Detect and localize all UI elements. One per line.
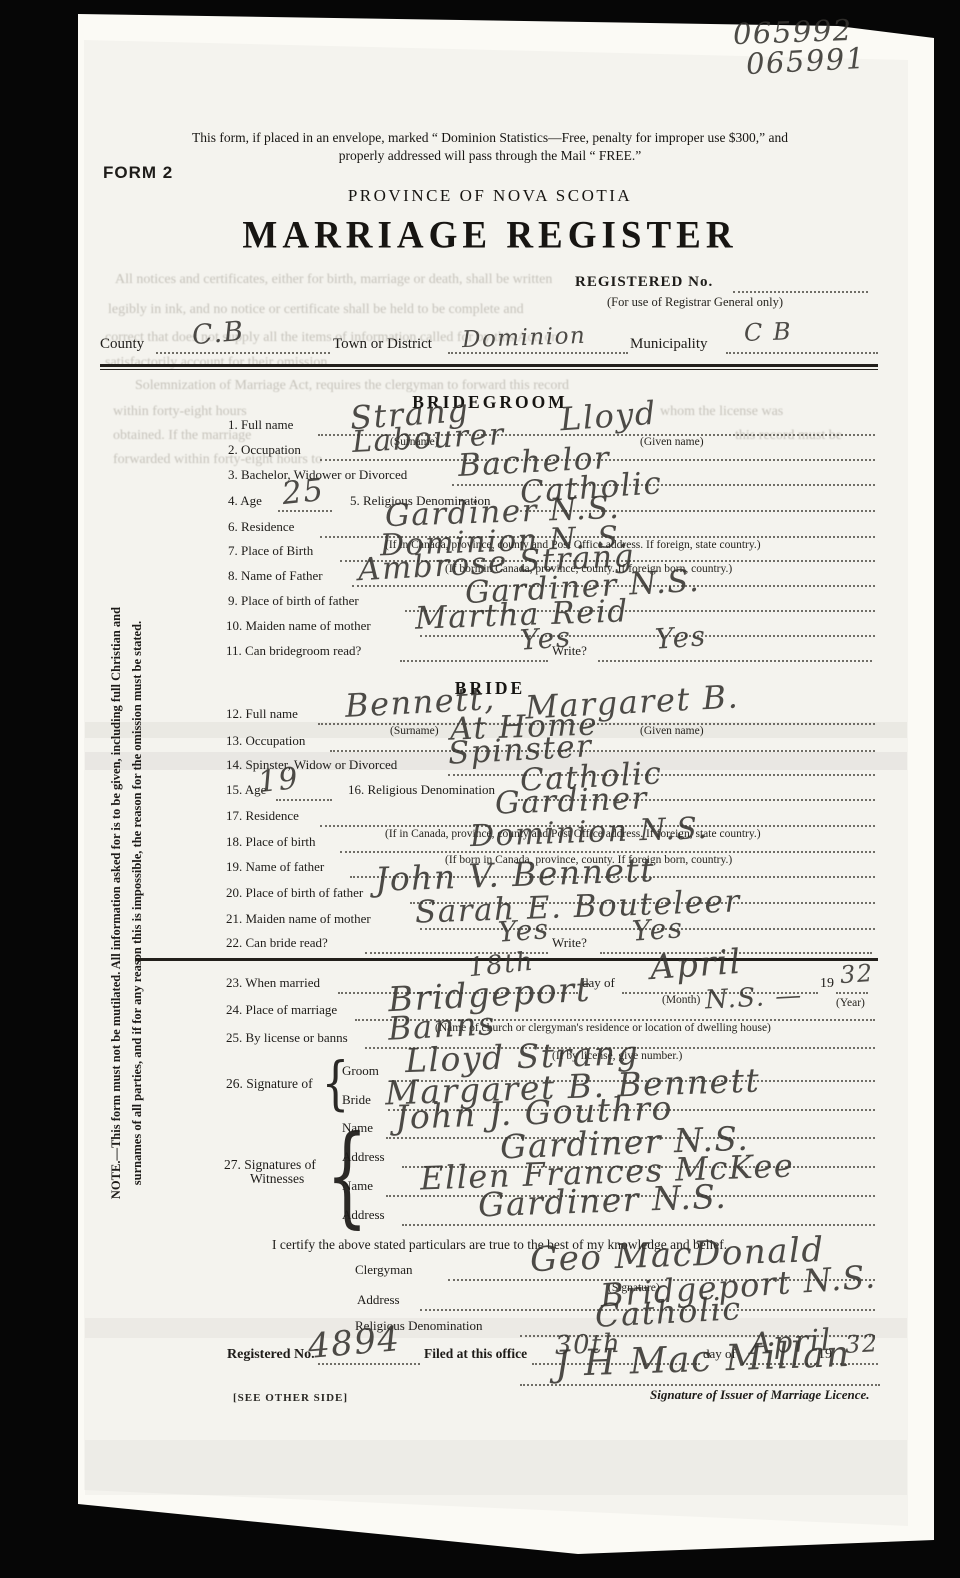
bride-status-label: 14. Spinster, Widow or Divorced (226, 758, 397, 772)
witness1-name-label: Name (342, 1121, 373, 1135)
groom-can-read-label: 11. Can bridegroom read? (226, 644, 361, 658)
file-number-2: 065991 (745, 44, 866, 79)
groom-sig-label: Groom (342, 1064, 379, 1078)
married-year-line (836, 992, 868, 994)
ghost-text: All notices and certificates, either for… (115, 272, 552, 288)
when-married-label: 23. When married (226, 976, 320, 990)
groom-age-label: 4. Age (228, 494, 262, 508)
witness2-name-label: Name (342, 1179, 373, 1193)
license-banns-label: 25. By license or banns (226, 1031, 348, 1045)
bride-occupation-line (330, 750, 875, 752)
groom-age-value: 25 (280, 475, 325, 510)
groom-mother-label: 10. Maiden name of mother (226, 619, 371, 633)
margin-note: NOTE.—This form must not be mutilated. A… (106, 574, 150, 1232)
groom-birthplace-label: 7. Place of Birth (228, 544, 313, 558)
year-prefix: 19 (820, 976, 834, 991)
municipality-label: Municipality (630, 336, 708, 353)
province-heading: PROVINCE OF NOVA SCOTIA (85, 186, 895, 206)
place-of-marriage-label: 24. Place of marriage (226, 1003, 337, 1017)
clergyman-label: Clergyman (355, 1263, 413, 1277)
filed-label: Filed at this office (424, 1347, 527, 1362)
town-district-label: Town or District (333, 336, 432, 353)
groom-father-label: 8. Name of Father (228, 569, 323, 583)
margin-note-line2: surnames of all parties, and if for any … (127, 574, 148, 1232)
bride-fullname-label: 12. Full name (226, 707, 298, 721)
county-line (156, 352, 330, 354)
groom-status-line (452, 484, 875, 486)
bride-birthplace-label: 18. Place of birth (226, 835, 316, 849)
bride-mother-label: 21. Maiden name of mother (226, 912, 371, 926)
scan-scene: 065992 065991 This form, if placed in an… (0, 0, 960, 1578)
groom-fullname-label: 1. Full name (228, 418, 293, 432)
registered-no-label: REGISTERED No. (575, 274, 713, 291)
mail-note-line2: properly addressed will pass through the… (85, 148, 895, 164)
groom-can-write-value: Yes (654, 622, 707, 654)
given-name-note: (Given name) (640, 437, 704, 449)
registrar-note: (For use of Registrar General only) (607, 296, 783, 309)
bride-sig-label: Bride (342, 1093, 371, 1107)
place-province-value: N.S. — (704, 982, 803, 1013)
witness2-address-label: Address (342, 1208, 385, 1222)
municipality-line (726, 352, 878, 354)
scanned-document: { "file_numbers": ["065992", "065991"], … (0, 0, 960, 1578)
bride-father-label: 19. Name of father (226, 860, 324, 874)
bride-can-read-label: 22. Can bride read? (226, 936, 328, 950)
header-divider (100, 369, 878, 370)
bride-father-birthplace-label: 20. Place of birth of father (226, 886, 363, 900)
see-other-side-note: [SEE OTHER SIDE] (233, 1392, 348, 1404)
bride-can-write-value: Yes (631, 914, 684, 946)
given-name-note: (Given name) (640, 726, 704, 738)
town-district-value: Dominion (462, 325, 587, 352)
mail-note-line1: This form, if placed in an envelope, mar… (85, 130, 895, 146)
married-month-value: April (649, 945, 743, 985)
issuer-caption: Signature of Issuer of Marriage Licence. (650, 1388, 870, 1402)
witness2-address-value: Gardiner N.S. (478, 1180, 728, 1222)
bride-age-value: 19 (257, 764, 301, 798)
county-label: County (100, 336, 144, 353)
groom-residence-label: 6. Residence (228, 520, 294, 534)
year-note: (Year) (836, 998, 865, 1010)
groom-given-value: Lloyd (559, 397, 658, 436)
form-number: FORM 2 (103, 164, 173, 183)
married-year-value: 32 (839, 961, 874, 987)
bride-birthplace-value: Dominion N.S. (470, 814, 709, 852)
surname-note: (Surname) (390, 726, 439, 738)
issuer-signature-value: J H Mac Millan (554, 1337, 851, 1383)
witness2-address-line (402, 1224, 875, 1226)
groom-can-read-line (400, 660, 548, 662)
month-note: (Month) (662, 995, 700, 1007)
margin-note-line1: NOTE.—This form must not be mutilated. A… (106, 574, 127, 1232)
bride-age-line (276, 799, 332, 801)
registered-no-bottom-label: Registered No. (227, 1347, 315, 1362)
witness1-address-label: Address (342, 1150, 385, 1164)
bridegroom-heading: BRIDEGROOM (85, 392, 895, 413)
denomination-value: Catholic (594, 1292, 742, 1332)
groom-can-read-value: Yes (519, 623, 572, 655)
groom-can-write-line (598, 660, 872, 662)
signature-of-label: 26. Signature of (226, 1077, 313, 1092)
ghost-text: this record must be (735, 428, 842, 444)
county-value: C.B (191, 318, 246, 349)
page-title: MARRIAGE REGISTER (85, 213, 895, 258)
header-divider (100, 364, 878, 367)
municipality-value: C B (744, 319, 793, 345)
bride-religion-label: 16. Religious Denomination (348, 783, 495, 797)
bride-occupation-label: 13. Occupation (226, 734, 305, 748)
registered-no-line (733, 291, 868, 293)
registered-no-value: 4894 (307, 1322, 402, 1364)
witnesses-label-2: Witnesses (250, 1172, 304, 1187)
bride-write-label: Write? (552, 936, 587, 950)
ghost-text: legibly in ink, and no notice or certifi… (108, 302, 524, 318)
groom-occupation-label: 2. Occupation (228, 443, 301, 457)
groom-mother-line (420, 635, 875, 637)
bride-can-read-value: Yes (497, 915, 550, 947)
clergyman-address-label: Address (357, 1293, 400, 1307)
bride-residence-label: 17. Residence (226, 809, 299, 823)
groom-father-birthplace-label: 9. Place of birth of father (228, 594, 359, 608)
